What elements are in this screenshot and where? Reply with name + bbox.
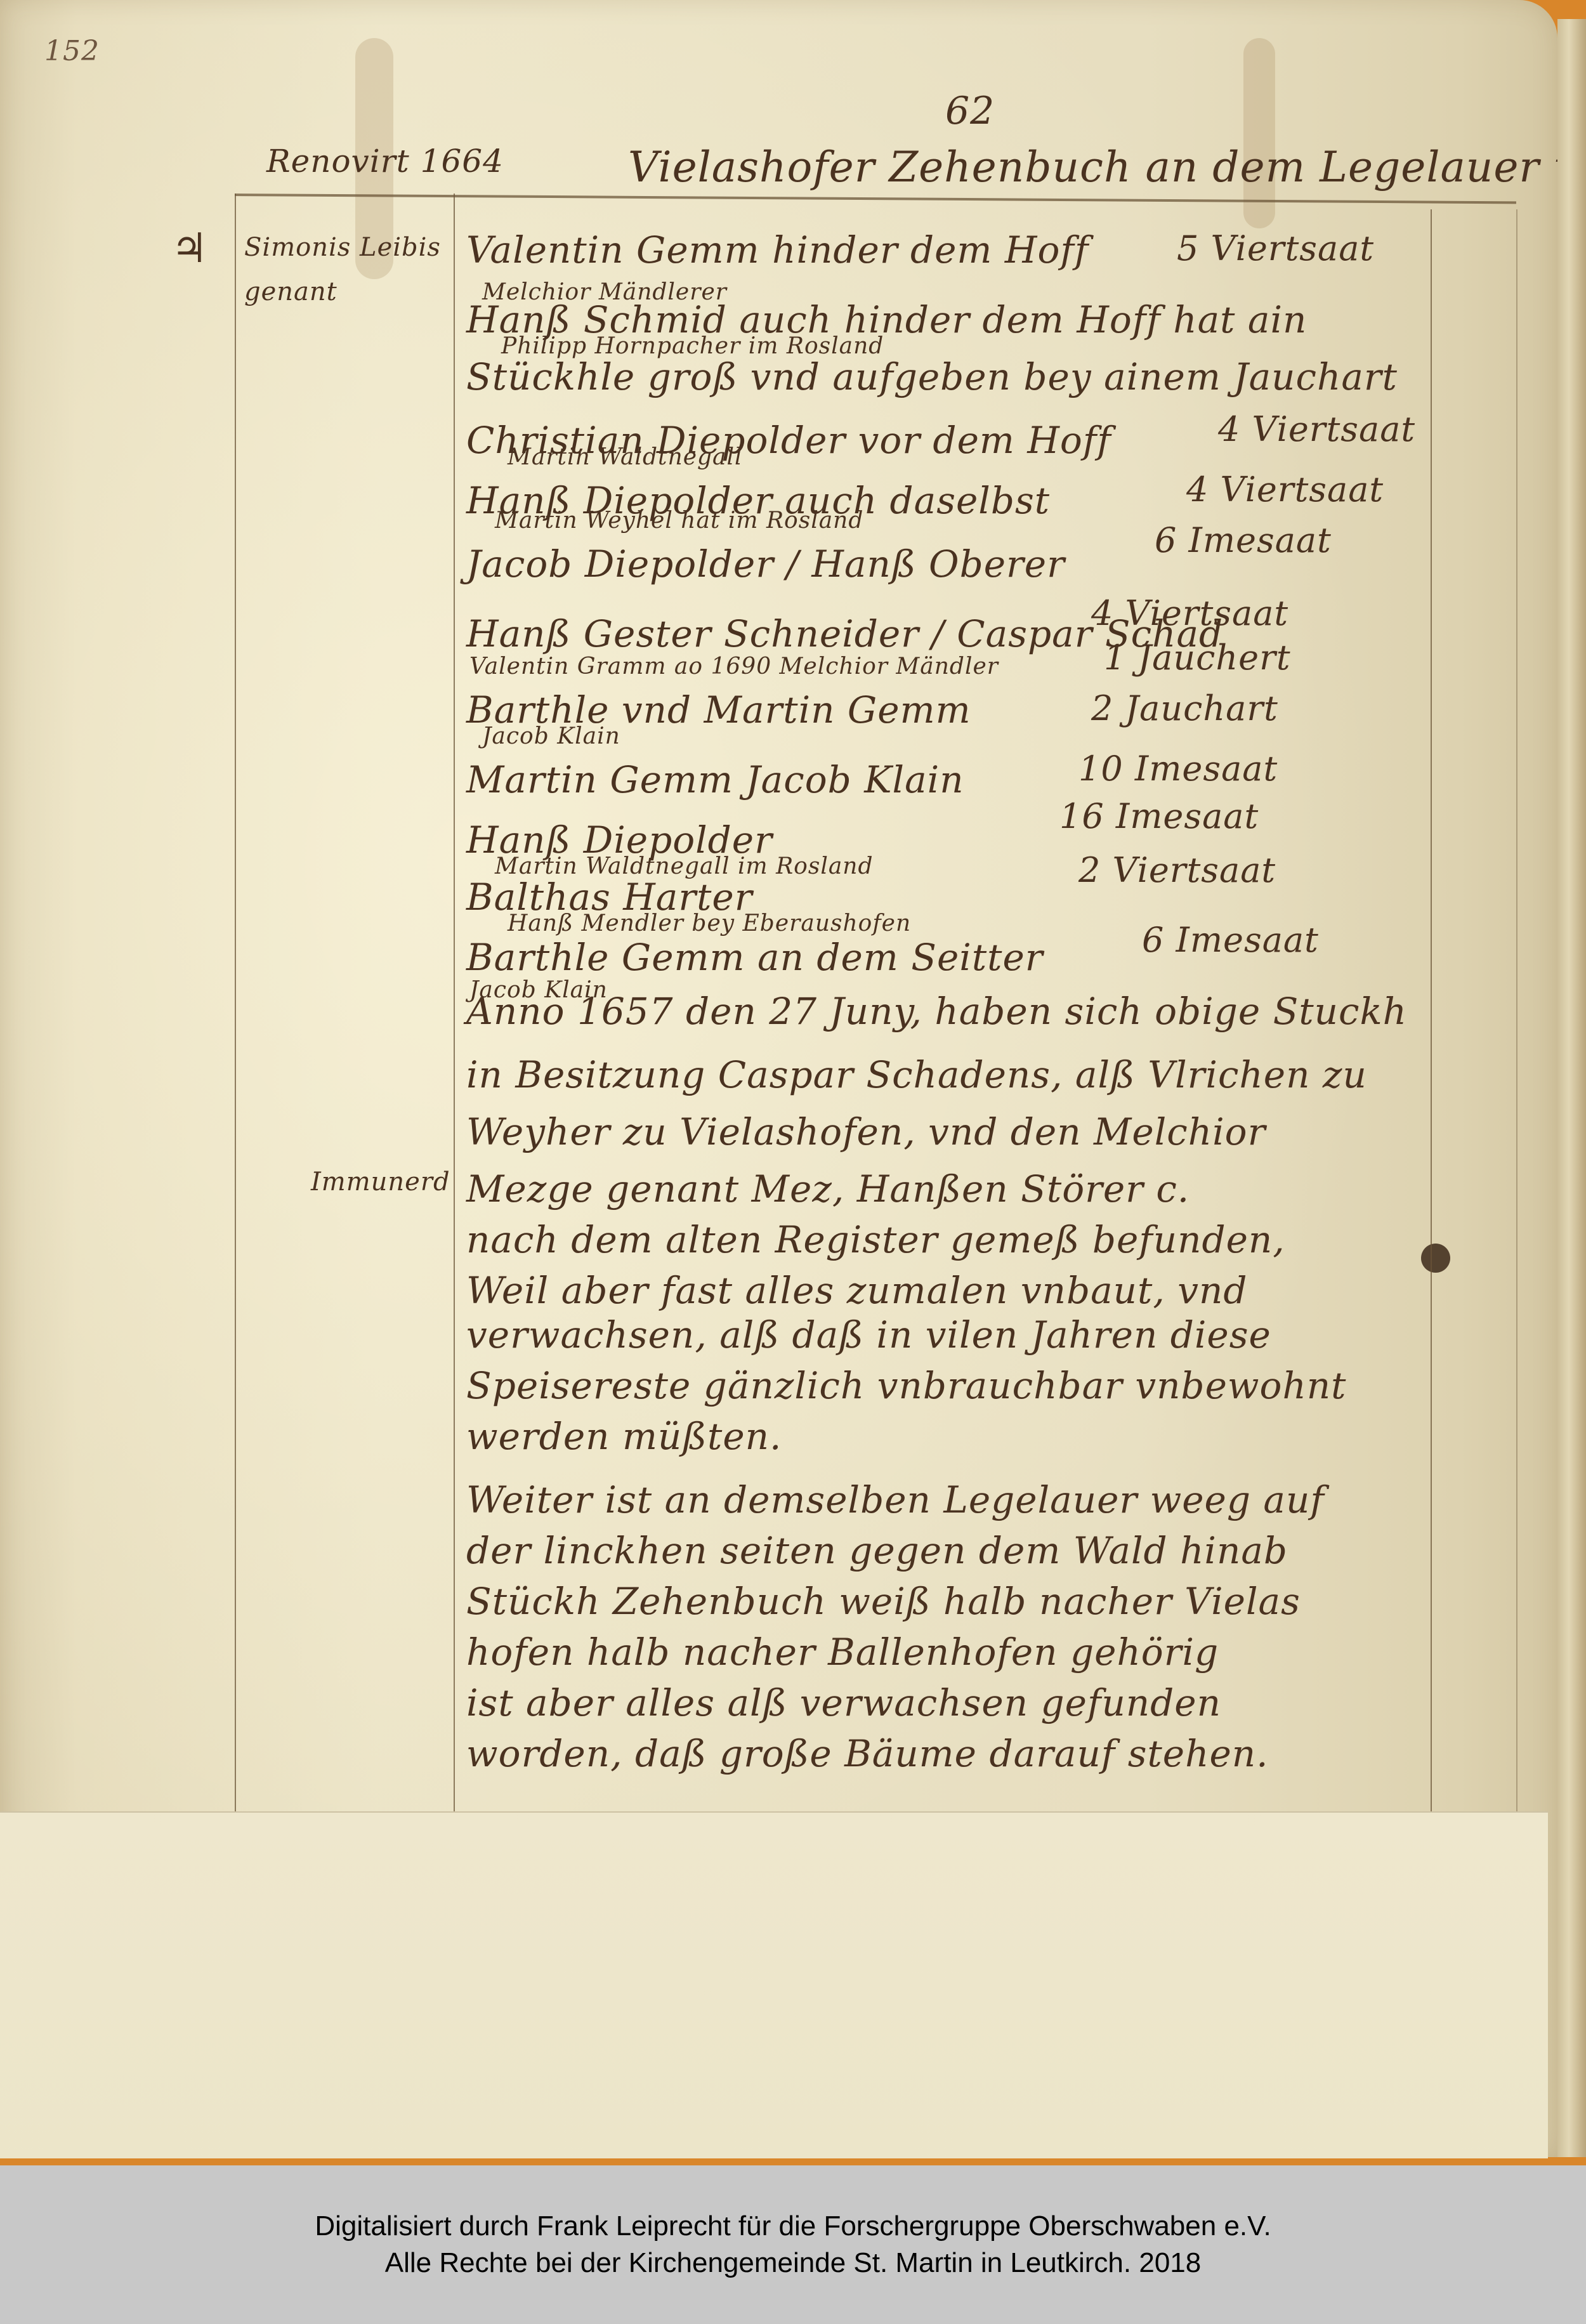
body-line: worden, daß große Bäume darauf stehen.: [466, 1732, 1269, 1775]
caption-line-2: Alle Rechte bei der Kirchengemeinde St. …: [385, 2245, 1201, 2281]
digitization-caption: Digitalisiert durch Frank Leiprecht für …: [0, 2165, 1586, 2324]
page-number: 62: [945, 89, 995, 133]
manuscript-page: 152 62 Renovirt 1664 Vielashofer Zehenbu…: [0, 0, 1557, 2157]
entry-name: Valentin Gemm hinder dem Hoff: [466, 228, 1089, 272]
body-line: Speisereste gänzlich vnbrauchbar vnbewoh…: [466, 1364, 1346, 1407]
entry-amount: 6 Imesaat: [1142, 920, 1319, 960]
body-line: Anno 1657 den 27 Juny, haben sich obige …: [466, 990, 1407, 1033]
body-line: Weil aber fast alles zumalen vnbaut, vnd: [466, 1269, 1247, 1312]
column-rule-left: [235, 194, 236, 1815]
header-title: Vielashofer Zehenbuch an dem Legelauer w…: [628, 143, 1586, 192]
next-page-edge: [1557, 19, 1586, 2157]
entry-note: Hanß Mendler bey Eberaushofen: [508, 910, 911, 936]
body-line: verwachsen, alß daß in vilen Jahren dies…: [466, 1313, 1271, 1356]
folio-number: 152: [44, 35, 100, 67]
jupiter-mark-icon: ♃: [171, 225, 208, 272]
entry-name: Jacob Diepolder / Hanß Oberer: [466, 542, 1065, 586]
body-line: werden müßten.: [466, 1415, 782, 1458]
entry-amount: 4 Viertsaat: [1091, 593, 1288, 633]
entry-note: Valentin Gramm ao 1690 Melchior Mändler: [469, 653, 999, 679]
entry-amount: 4 Viertsaat: [1218, 409, 1415, 449]
body-line: in Besitzung Caspar Schadens, alß Vlrich…: [466, 1053, 1367, 1096]
entry-note: Martin Weyhel hat im Rosland: [495, 508, 863, 534]
entry-amount: 6 Imesaat: [1155, 520, 1332, 560]
header-rule: [235, 194, 1516, 204]
entry-amount: 16 Imesaat: [1059, 796, 1259, 836]
page-lower-blank: [0, 1811, 1548, 2158]
column-rule-margin: [1516, 209, 1517, 1815]
body-line: Weyher zu Vielashofen, vnd den Melchior: [466, 1110, 1266, 1153]
body-line: Weiter ist an demselben Legelauer weeg a…: [466, 1478, 1325, 1521]
header-left-note: Renovirt 1664: [266, 143, 504, 180]
manuscript-scan: 152 62 Renovirt 1664 Vielashofer Zehenbu…: [0, 0, 1586, 2165]
body-line: nach dem alten Register gemeß befunden,: [466, 1218, 1285, 1261]
body-line: hofen halb nacher Ballenhofen gehörig: [466, 1631, 1219, 1674]
column-rule-right: [1431, 209, 1432, 1815]
entry-name: Barthle Gemm an dem Seitter: [466, 936, 1044, 979]
column-rule-names: [454, 194, 455, 1815]
entry-amount: 5 Viertsaat: [1177, 228, 1374, 268]
left-column-heading: Simonis Leibis genant: [244, 225, 447, 314]
entry-note: Martin Waldtnegall: [508, 444, 743, 470]
entry-amount: 2 Jauchart: [1091, 688, 1278, 728]
body-line: Stückh Zehenbuch weiß halb nacher Vielas: [466, 1580, 1301, 1623]
entry-amount: 2 Viertsaat: [1078, 850, 1276, 890]
entry-amount: 1 Jauchert: [1104, 638, 1291, 678]
entry-name: Stückhle groß vnd aufgeben bey ainem Jau…: [466, 355, 1398, 398]
entry-name: Martin Gemm Jacob Klain: [466, 758, 964, 801]
entry-note: Jacob Klain: [482, 723, 620, 749]
ink-blot: [1421, 1244, 1450, 1273]
body-line: der linckhen seiten gegen dem Wald hinab: [466, 1529, 1288, 1572]
margin-note: Immunerd: [311, 1167, 450, 1197]
entry-amount: 4 Viertsaat: [1186, 469, 1384, 509]
body-line: ist aber alles alß verwachsen gefunden: [466, 1681, 1221, 1724]
caption-line-1: Digitalisiert durch Frank Leiprecht für …: [315, 2208, 1271, 2245]
entry-amount: 10 Imesaat: [1078, 749, 1278, 789]
body-line: Mezge genant Mez, Hanßen Störer c.: [466, 1167, 1189, 1211]
